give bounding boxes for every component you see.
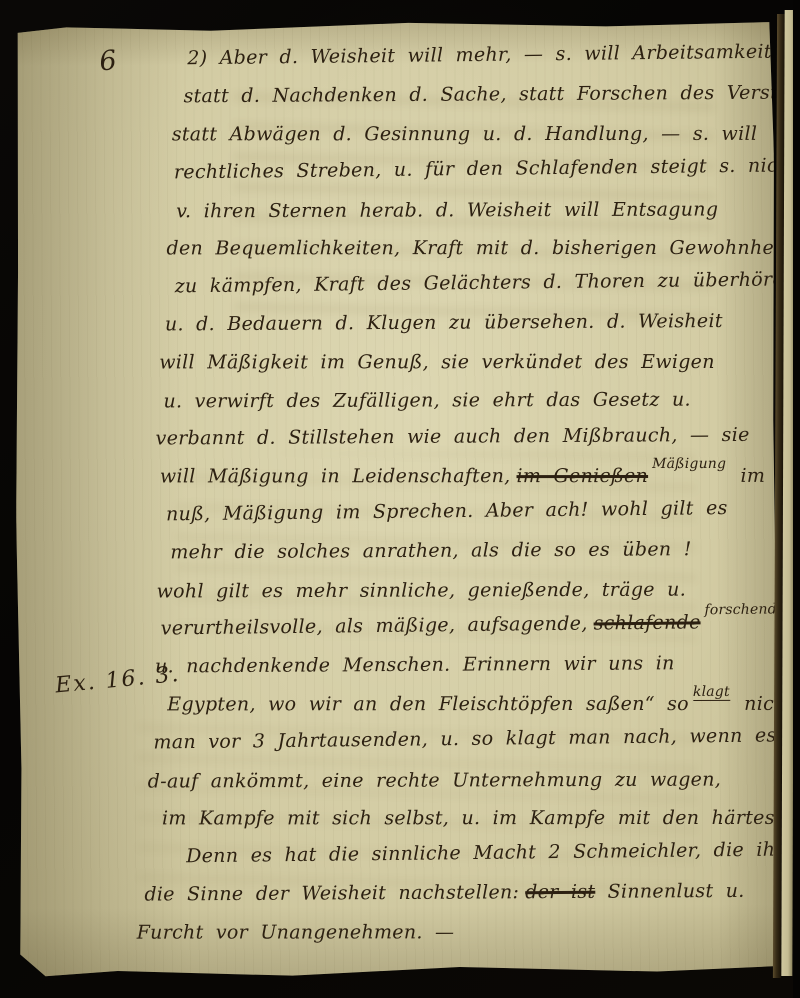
manuscript-line: u. d. Bedauern d. Klugen zu übersehen. d… — [165, 310, 769, 352]
manuscript-line: d-auf ankömmt, eine rechte Unternehmung … — [148, 768, 772, 808]
manuscript-line-text: u. verwirft des Zufälligen, sie ehrt das… — [163, 389, 691, 413]
manuscript-line: will Mäßigkeit im Genuß, sie verkündet d… — [159, 351, 769, 390]
manuscript-line-text: statt d. Nachdenken d. Sache, statt Fors… — [183, 81, 800, 107]
manuscript-line-text: will Mäßigkeit im Genuß, sie verkündet d… — [159, 351, 715, 373]
manuscript-line: verurtheilsvolle, als mäßige, aufsagende… — [161, 611, 771, 656]
manuscript-line: u. nachdenkende Menschen. Erinnern wir u… — [155, 652, 771, 694]
manuscript-line-text: wohl gilt es mehr sinnliche, genießende,… — [157, 579, 687, 603]
strikethrough-text: der ist — [525, 881, 595, 903]
manuscript-line-text: statt Abwägen d. Gesinnung u. d. Handlun… — [172, 123, 757, 146]
manuscript-line: statt d. Nachdenken d. Sache, statt Fors… — [183, 82, 767, 124]
manuscript-line: zu kämpfen, Kraft des Gelächters d. Thor… — [175, 269, 769, 314]
manuscript-line-text: im Kampfe mit sich selbst, u. im Kampfe … — [162, 807, 800, 830]
superscript-insertion: forschende — [704, 601, 785, 618]
scan-background: 6 Ex. 16. 3. 2) Aber d. Weisheit will me… — [0, 0, 800, 998]
manuscript-line: u. verwirft des Zufälligen, sie ehrt das… — [163, 388, 769, 428]
manuscript-line: Denn es hat die sinnliche Macht 2 Schmei… — [186, 839, 772, 884]
manuscript-line: v. ihren Sternen herab. d. Weisheit will… — [176, 198, 768, 238]
manuscript-line: Furcht vor Unangenehmen. — — [137, 921, 773, 960]
manuscript-text: 2) Aber d. Weisheit will mehr, — s. will… — [171, 44, 773, 978]
page-number: 6 — [98, 45, 119, 78]
superscript-insertion: Mäßigung — [652, 456, 726, 472]
manuscript-line-text: Sinnenlust u. — [595, 880, 744, 903]
manuscript-line-text: die Sinne der Weisheit nachstellen: — [144, 881, 519, 905]
superscript-insertion: klagt — [693, 684, 730, 701]
manuscript-line: 2) Aber d. Weisheit will mehr, — s. will… — [187, 41, 767, 86]
manuscript-line-text: den Bequemlichkeiten, Kraft mit d. bishe… — [166, 237, 800, 260]
manuscript-line: mehr die solches anrathen, als die so es… — [170, 538, 770, 580]
manuscript-line-text: u. nachdenkende Menschen. Erinnern wir u… — [155, 652, 675, 677]
manuscript-line: die Sinne der Weisheit nachstellen:der i… — [144, 880, 772, 922]
manuscript-page: 6 Ex. 16. 3. 2) Aber d. Weisheit will me… — [13, 20, 779, 979]
manuscript-line-text: 2) Aber d. Weisheit will mehr, — s. will… — [187, 41, 772, 70]
manuscript-line-text: Egypten, wo wir an den Fleischtöpfen saß… — [167, 693, 689, 715]
manuscript-line-text: Furcht vor Unangenehmen. — — [137, 921, 455, 943]
manuscript-line-text: d-auf ankömmt, eine rechte Unternehmung … — [148, 769, 721, 793]
scan-edge — [793, 0, 800, 998]
manuscript-line: man vor 3 Jahrtausenden, u. so klagt man… — [153, 724, 771, 769]
strikethrough-text: schlafende — [593, 611, 700, 634]
strikethrough-text: im Genießen — [516, 465, 648, 487]
manuscript-line-text: u. d. Bedauern d. Klugen zu übersehen. d… — [165, 310, 723, 335]
manuscript-line: rechtliches Streben, u. für den Schlafen… — [174, 155, 768, 200]
manuscript-line-text: mehr die solches anrathen, als die so es… — [170, 538, 691, 563]
manuscript-line-text: verurtheilsvolle, als mäßige, aufsagende… — [161, 613, 588, 640]
manuscript-line-text: v. ihren Sternen herab. d. Weisheit will… — [176, 198, 718, 222]
manuscript-line: nuß, Mäßigung im Sprechen. Aber ach! woh… — [166, 497, 770, 542]
manuscript-line-text: will Mäßigung in Leidenschaften, — [160, 465, 511, 487]
